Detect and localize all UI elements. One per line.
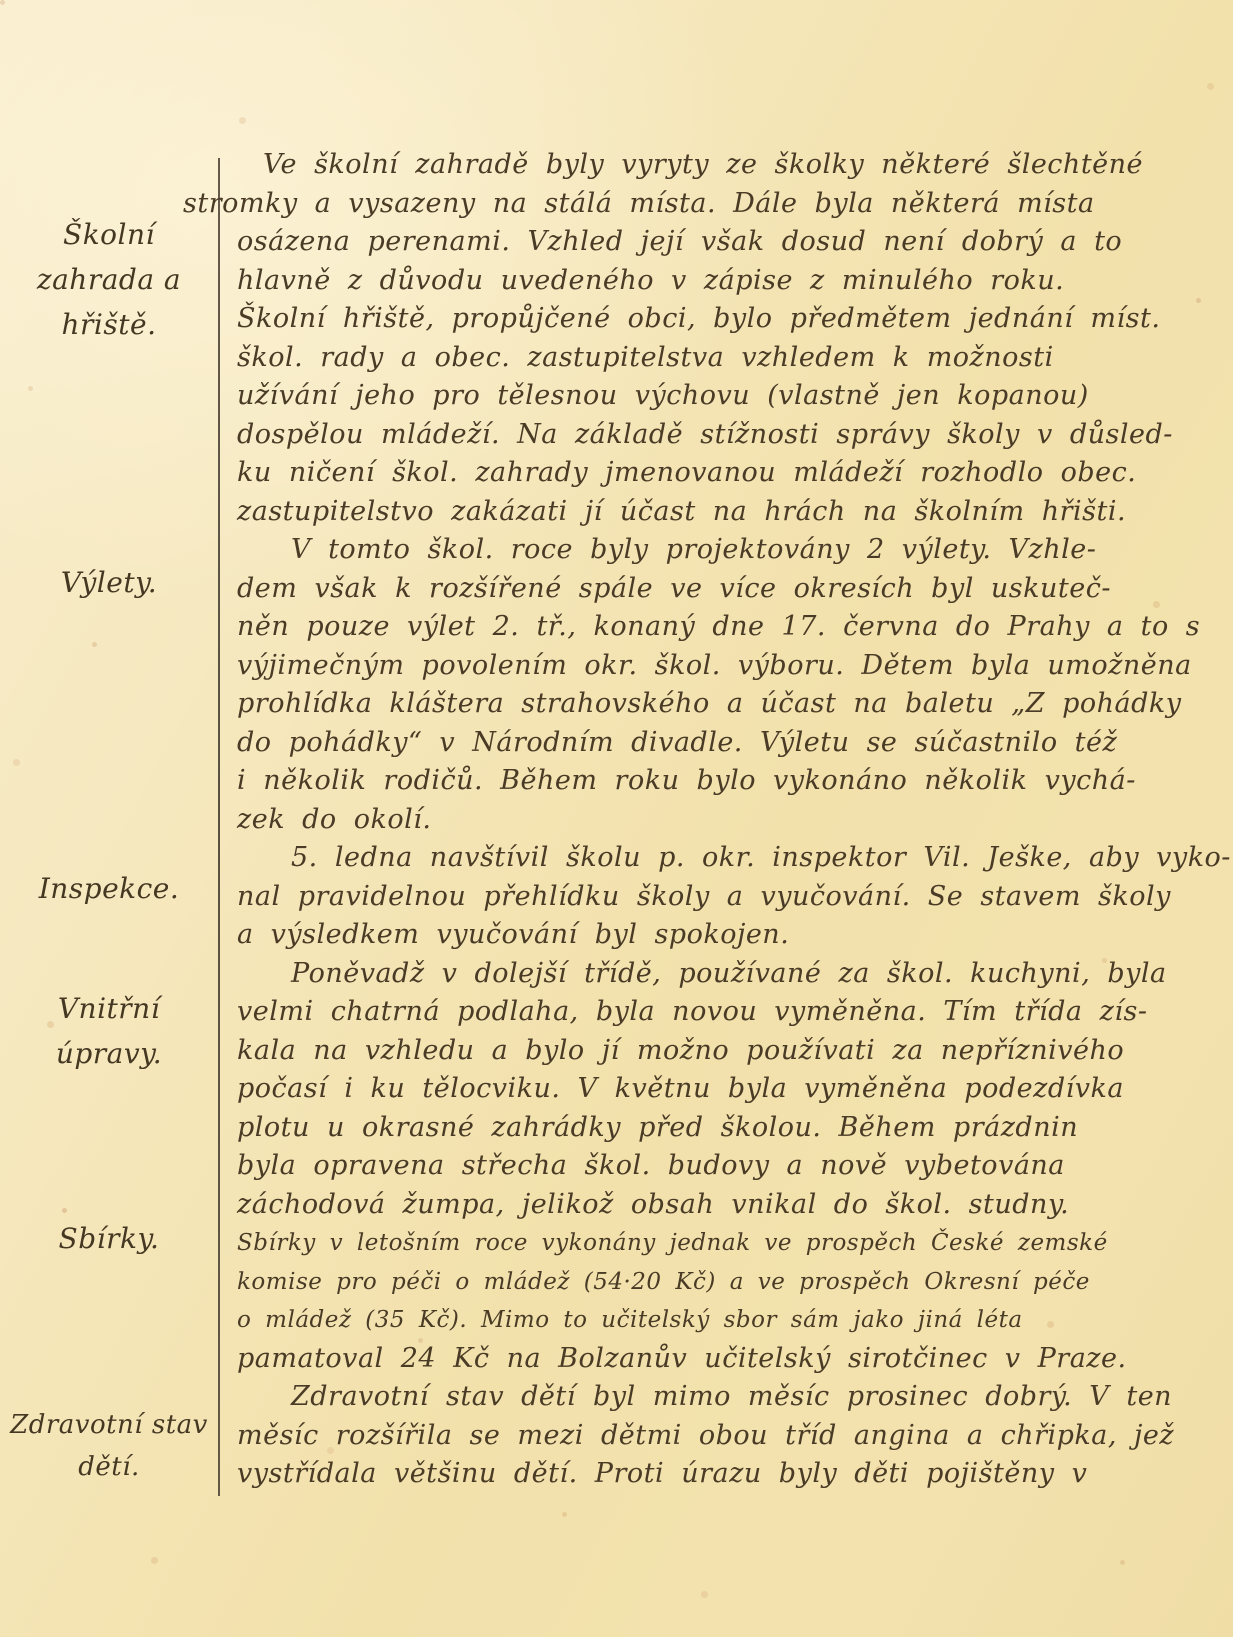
text-line: vystřídala většinu dětí. Proti úrazu byl… [237,1455,1112,1494]
margin-note-vnitrni-upravy: Vnitřní úpravy. [0,986,218,1076]
margin-rule [218,158,220,1496]
text-line: velmi chatrná podlaha, byla novou vyměně… [237,993,1112,1032]
text-line: pamatoval 24 Kč na Bolzanův učitelský si… [237,1340,1112,1379]
margin-note-line: hřiště. [0,302,218,347]
text-line: kala na vzhledu a bylo jí možno používat… [237,1032,1112,1071]
margin-note-sbirky: Sbírky. [0,1216,218,1261]
margin-note-line: Výlety. [0,560,218,605]
text-line: plotu u okrasné zahrádky před školou. Bě… [237,1109,1112,1148]
text-line: i několik rodičů. Během roku bylo vykoná… [237,762,1112,801]
text-line: o mládež (35 Kč). Mimo to učitelský sbor… [237,1301,1112,1340]
text-line: hlavně z důvodu uvedeného v zápise z min… [237,262,1112,301]
text-line: měsíc rozšířila se mezi dětmi obou tříd … [237,1417,1112,1456]
text-line: Zdravotní stav dětí byl mimo měsíc prosi… [237,1378,1112,1417]
margin-note-line: dětí. [0,1446,218,1488]
text-line: Ve školní zahradě byly vyryty ze školky … [237,146,1112,185]
text-line: osázena perenami. Vzhled její však dosud… [237,223,1112,262]
text-line: Školní hřiště, propůjčené obci, bylo pře… [237,300,1112,339]
margin-note-line: zahrada a [0,257,218,302]
text-line: stromky a vysazeny na stálá místa. Dále … [183,185,1112,224]
text-line: dem však k rozšířené spále ve více okres… [237,570,1112,609]
text-line: dospělou mládeží. Na základě stížnosti s… [237,416,1112,455]
margin-note-line: Zdravotní stav [0,1404,218,1446]
margin-note-line: Inspekce. [0,866,218,911]
margin-note-line: Vnitřní [0,986,218,1031]
text-line: zastupitelstvo zakázati jí účast na hrác… [237,493,1112,532]
text-line: počasí i ku tělocviku. V květnu byla vym… [237,1070,1112,1109]
text-line: V tomto škol. roce byly projektovány 2 v… [237,531,1112,570]
margin-note-inspekce: Inspekce. [0,866,218,911]
paper-speckles [0,0,5,5]
margin-note-line: úpravy. [0,1031,218,1076]
text-line: 5. ledna navštívil školu p. okr. inspekt… [237,839,1112,878]
text-line: užívání jeho pro tělesnou výchovu (vlast… [237,377,1112,416]
text-line: byla opravena střecha škol. budovy a nov… [237,1147,1112,1186]
text-line: Sbírky v letošním roce vykonány jednak v… [237,1224,1112,1263]
margin-note-vylety: Výlety. [0,560,218,605]
text-line: nal pravidelnou přehlídku školy a vyučov… [237,878,1112,917]
margin-note-skolni-zahrada-a-hriste: Školní zahrada a hřiště. [0,212,218,347]
chronicle-text: Ve školní zahradě byly vyryty ze školky … [237,146,1112,1494]
text-line: škol. rady a obec. zastupitelstva vzhled… [237,339,1112,378]
text-line: výjimečným povolením okr. škol. výboru. … [237,647,1112,686]
text-line: ku ničení škol. zahrady jmenovanou mláde… [237,454,1112,493]
text-line: záchodová žumpa, jelikož obsah vnikal do… [237,1186,1112,1225]
text-line: do pohádky“ v Národním divadle. Výletu s… [237,724,1112,763]
text-line: a výsledkem vyučování byl spokojen. [237,916,1112,955]
margin-note-zdravotni-stav-deti: Zdravotní stav dětí. [0,1404,218,1488]
text-line: prohlídka kláštera strahovského a účast … [237,685,1112,724]
text-line: něn pouze výlet 2. tř., konaný dne 17. č… [237,608,1112,647]
text-line: komise pro péči o mládež (54·20 Kč) a ve… [237,1263,1112,1302]
text-line: Poněvadž v dolejší třídě, používané za š… [237,955,1112,994]
margin-note-line: Sbírky. [0,1216,218,1261]
text-line: zek do okolí. [237,801,1112,840]
chronicle-page: Školní zahrada a hřiště. Výlety. Inspekc… [0,0,1233,1637]
